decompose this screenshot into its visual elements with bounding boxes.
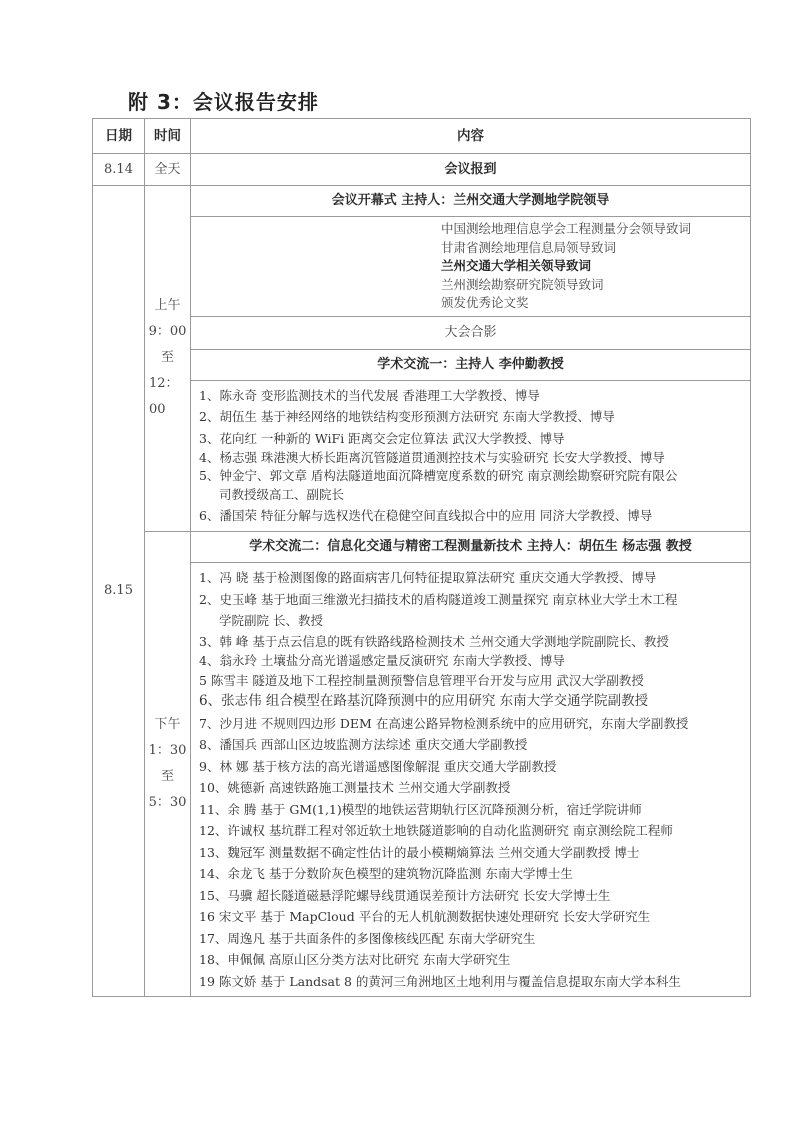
group-photo: 大会合影 bbox=[191, 316, 751, 349]
talk-item: 6、张志伟 组合模型在路基沉降预测中的应用研究 东南大学交通学院副教授 bbox=[199, 691, 750, 713]
talk-item: 5、钟金宁、郭文章 盾构法隧道地面沉降槽宽度系数的研究 南京测绘勘察研究院有限公 bbox=[199, 467, 750, 485]
session1-title-row: 学术交流一：主持人 李仲勤教授 bbox=[93, 349, 751, 380]
day1-date: 8.14 bbox=[93, 154, 145, 186]
morning-time-line: 上午 bbox=[145, 293, 190, 319]
talk-item: 14、余龙飞 基于分数阶灰色模型的建筑物沉降监测 东南大学博士生 bbox=[199, 863, 750, 885]
talk-item: 8、潘国兵 西部山区边坡监测方法综述 重庆交通大学副教授 bbox=[199, 734, 750, 756]
talk-item: 1、冯 晓 基于检测图像的路面病害几何特征提取算法研究 重庆交通大学教授、博导 bbox=[199, 567, 750, 589]
morning-time-line: 12：00 bbox=[145, 371, 190, 423]
opening-item: 颁发优秀论文奖 bbox=[191, 294, 750, 313]
opening-title: 会议开幕式 主持人：兰州交通大学测地学院领导 bbox=[191, 186, 751, 217]
talk-item: 3、韩 峰 基于点云信息的既有铁路线路检测技术 兰州交通大学测地学院副院长、教授 bbox=[199, 632, 750, 651]
talk-item: 11、余 腾 基于 GM(1,1)模型的地铁运营期轨行区沉降预测分析，宿迁学院讲… bbox=[199, 799, 750, 821]
photo-row: 大会合影 bbox=[93, 316, 751, 349]
afternoon-time-line: 5：30 bbox=[145, 790, 190, 816]
afternoon-time-line: 1：30 bbox=[145, 738, 190, 764]
talk-item: 19 陈文娇 基于 Landsat 8 的黄河三角洲地区土地利用与覆盖信息提取东… bbox=[199, 971, 750, 993]
talk-item: 13、魏冠军 测量数据不确定性估计的最小模糊熵算法 兰州交通大学副教授 博士 bbox=[199, 842, 750, 864]
day1-row: 8.14 全天 会议报到 bbox=[93, 154, 751, 186]
talk-item: 2、史玉峰 基于地面三维激光扫描技术的盾构隧道竣工测量探究 南京林业大学土木工程 bbox=[199, 589, 750, 611]
opening-item: 甘肃省测绘地理信息局领导致词 bbox=[191, 239, 750, 258]
header-date: 日期 bbox=[93, 119, 145, 154]
talk-item: 9、林 娜 基于核方法的高光谱遥感图像解混 重庆交通大学副教授 bbox=[199, 756, 750, 778]
afternoon-time-line: 至 bbox=[145, 764, 190, 790]
morning-time: 上午 9：00 至 12：00 bbox=[145, 186, 191, 532]
talk-item: 4、杨志强 珠港澳大桥长距离沉管隧道贯通测控技术与实验研究 长安大学教授、博导 bbox=[199, 449, 750, 467]
afternoon-time: 下午 1：30 至 5：30 bbox=[145, 531, 191, 997]
talk-item: 3、花向红 一种新的 WiFi 距离交会定位算法 武汉大学教授、博导 bbox=[199, 428, 750, 450]
day2-date: 8.15 bbox=[93, 186, 145, 997]
session1-talks-row: 1、陈永奇 变形监测技术的当代发展 香港理工大学教授、博导 2、胡伍生 基于神经… bbox=[93, 380, 751, 531]
talk-item: 1、陈永奇 变形监测技术的当代发展 香港理工大学教授、博导 bbox=[199, 385, 750, 407]
session2-talks: 1、冯 晓 基于检测图像的路面病害几何特征提取算法研究 重庆交通大学教授、博导 … bbox=[191, 562, 751, 997]
talk-item: 7、沙月进 不规则四边形 DEM 在高速公路异物检测系统中的应用研究，东南大学副… bbox=[199, 713, 750, 735]
talk-item: 6、潘国荣 特征分解与选权迭代在稳健空间直线拟合中的应用 同济大学教授、博导 bbox=[199, 505, 750, 527]
talk-item: 4、翁永玲 土壤盐分高光谱遥感定量反演研究 东南大学教授、博导 bbox=[199, 651, 750, 670]
talk-item: 18、申佩佩 高原山区分类方法对比研究 东南大学研究生 bbox=[199, 949, 750, 971]
header-content: 内容 bbox=[191, 119, 751, 154]
opening-items-row: 中国测绘地理信息学会工程测量分会领导致词 甘肃省测绘地理信息局领导致词 兰州交通… bbox=[93, 217, 751, 317]
page-title: 附 3：会议报告安排 bbox=[128, 86, 319, 115]
schedule-table: 日期 时间 内容 8.14 全天 会议报到 8.15 上午 9：00 至 12：… bbox=[92, 118, 751, 997]
header-row: 日期 时间 内容 bbox=[93, 119, 751, 154]
talk-item: 12、许诚权 基坑群工程对邻近软土地铁隧道影响的自动化监测研究 南京测绘院工程师 bbox=[199, 820, 750, 842]
talk-item: 2、胡伍生 基于神经网络的地铁结构变形预测方法研究 东南大学教授、博导 bbox=[199, 406, 750, 428]
morning-time-line: 至 bbox=[145, 345, 190, 371]
opening-items: 中国测绘地理信息学会工程测量分会领导致词 甘肃省测绘地理信息局领导致词 兰州交通… bbox=[191, 217, 751, 317]
day1-content: 会议报到 bbox=[191, 154, 751, 186]
talk-item: 15、马骥 超长隧道磁悬浮陀螺导线贯通误差预计方法研究 长安大学博士生 bbox=[199, 885, 750, 907]
opening-title-row: 8.15 上午 9：00 至 12：00 会议开幕式 主持人：兰州交通大学测地学… bbox=[93, 186, 751, 217]
opening-item: 兰州测绘勘察研究院领导致词 bbox=[191, 276, 750, 295]
session1-talks: 1、陈永奇 变形监测技术的当代发展 香港理工大学教授、博导 2、胡伍生 基于神经… bbox=[191, 380, 751, 531]
talk-item-continued: 司教授级高工、副院长 bbox=[199, 485, 750, 505]
session2-talks-row: 1、冯 晓 基于检测图像的路面病害几何特征提取算法研究 重庆交通大学教授、博导 … bbox=[93, 562, 751, 997]
morning-time-line: 9：00 bbox=[145, 319, 190, 345]
opening-item: 兰州交通大学相关领导致词 bbox=[191, 257, 750, 276]
session2-title: 学术交流二：信息化交通与精密工程测量新技术 主持人：胡伍生 杨志强 教授 bbox=[191, 531, 751, 562]
talk-item-continued: 学院副院 长、教授 bbox=[199, 610, 750, 632]
talk-item: 16 宋文平 基于 MapCloud 平台的无人机航测数据快速处理研究 长安大学… bbox=[199, 906, 750, 928]
day1-time: 全天 bbox=[145, 154, 191, 186]
talk-item: 17、周逸凡 基于共面条件的多图像核线匹配 东南大学研究生 bbox=[199, 928, 750, 950]
talk-item: 5 陈雪丰 隧道及地下工程控制量测预警信息管理平台开发与应用 武汉大学副教授 bbox=[199, 670, 750, 692]
session2-title-row: 下午 1：30 至 5：30 学术交流二：信息化交通与精密工程测量新技术 主持人… bbox=[93, 531, 751, 562]
afternoon-time-line: 下午 bbox=[145, 712, 190, 738]
opening-item: 中国测绘地理信息学会工程测量分会领导致词 bbox=[191, 220, 750, 239]
talk-item: 10、姚德新 高速铁路施工测量技术 兰州交通大学副教授 bbox=[199, 777, 750, 799]
header-time: 时间 bbox=[145, 119, 191, 154]
session1-title: 学术交流一：主持人 李仲勤教授 bbox=[191, 349, 751, 380]
